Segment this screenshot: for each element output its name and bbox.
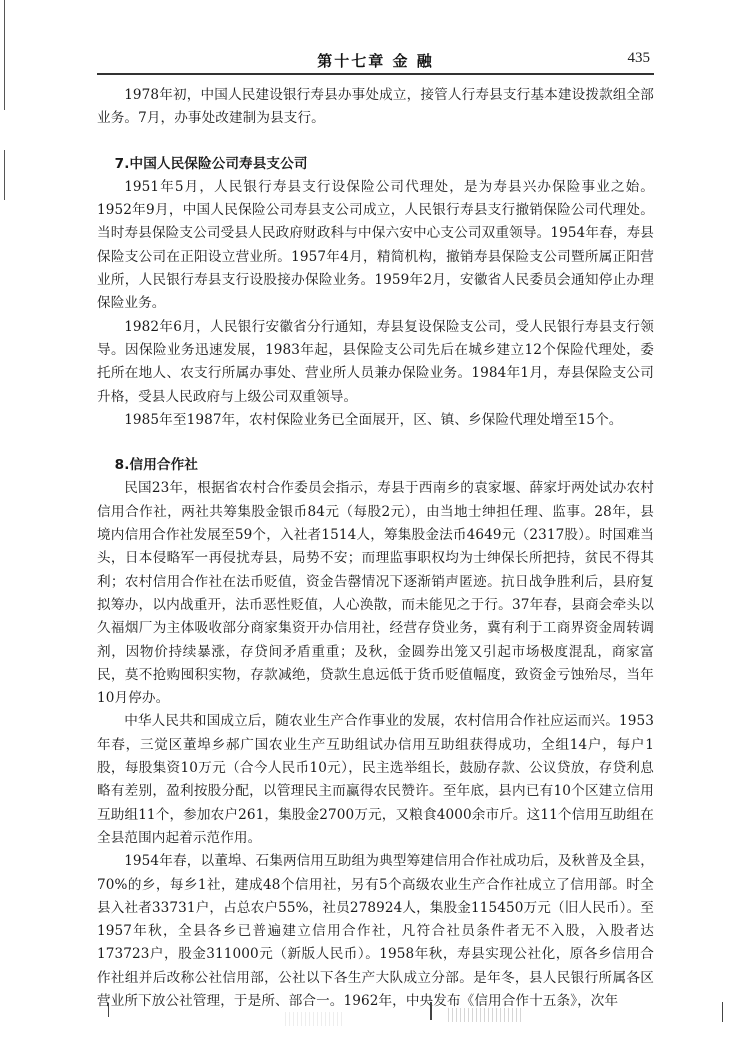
scan-tick	[430, 1002, 432, 1020]
paragraph: 1985年至1987年，农村保险业务已全面展开，区、镇、乡保险代理处增至15个。	[97, 409, 654, 432]
section-credit-cooperative: 8.信用合作社 民国23年，根据省农村合作委员会指示，寿县于西南乡的袁家堰、薛家…	[97, 454, 654, 1013]
paragraph: 民国23年，根据省农村合作委员会指示，寿县于西南乡的袁家堰、薛家圩两处试办农村信…	[97, 477, 654, 710]
section-insurance-company: 7.中国人民保险公司寿县支公司 1951年5月，人民银行寿县支行设保险公司代理处…	[97, 153, 654, 433]
paragraph: 1982年6月，人民银行安徽省分行通知，寿县复设保险支公司，受人民银行寿县支行领…	[97, 316, 654, 409]
scan-tick	[722, 1002, 723, 1022]
scan-tick	[108, 1003, 109, 1017]
header-bar: 第十七章 金 融 435	[97, 46, 654, 72]
page-body: 1978年初，中国人民建设银行寿县办事处成立，接管人行寿县支行基本建设拨款组全部…	[97, 84, 654, 1013]
section-heading: 8.信用合作社	[97, 454, 654, 477]
page-number: 435	[628, 50, 651, 67]
scan-edge-mark	[4, 0, 5, 110]
scan-edge-mark	[4, 150, 5, 200]
chapter-title: 第十七章 金 融	[97, 50, 654, 71]
scan-noise	[448, 1008, 524, 1022]
scan-noise	[285, 1012, 345, 1026]
paragraph: 1951年5月，人民银行寿县支行设保险公司代理处，是为寿县兴办保险事业之始。19…	[97, 176, 654, 316]
section-heading: 7.中国人民保险公司寿县支公司	[97, 153, 654, 176]
header-rule	[97, 73, 654, 75]
intro-paragraph: 1978年初，中国人民建设银行寿县办事处成立，接管人行寿县支行基本建设拨款组全部…	[97, 84, 654, 131]
paragraph: 中华人民共和国成立后，随农业生产合作事业的发展，农村信用合作社应运而兴。1953…	[97, 710, 654, 850]
paragraph: 1954年春，以董埠、石集两信用互助组为典型筹建信用合作社成功后，及秋普及全县，…	[97, 850, 654, 1013]
